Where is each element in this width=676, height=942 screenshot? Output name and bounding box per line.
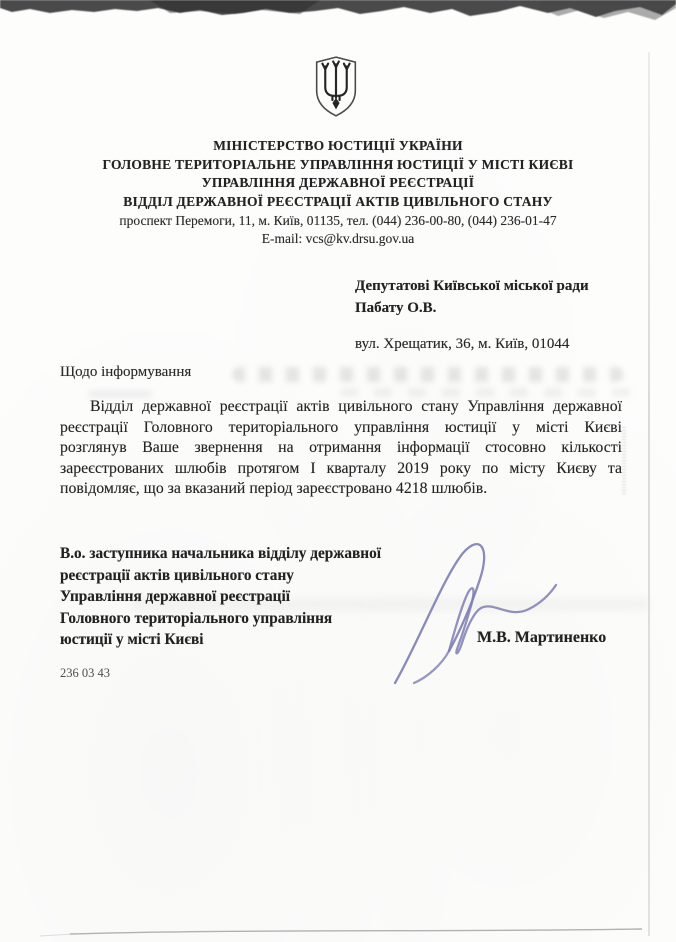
org-address-line: проспект Перемоги, 11, м. Київ, 01135, т…	[0, 212, 676, 230]
body-line: повідомляє, що за вказаний період зареєс…	[60, 479, 622, 500]
reference-number: 236 03 43	[60, 666, 110, 681]
body-line: Відділ державної реєстрації актів цивіль…	[60, 397, 622, 418]
recipient-block: Депутатові Київської міської ради Пабату…	[355, 276, 645, 354]
subject-line: Щодо інформування	[60, 364, 191, 381]
org-email-line: E-mail: vcs@kv.drsu.gov.ua	[0, 230, 676, 248]
recipient-title: Депутатові Київської міської ради	[355, 276, 645, 298]
recipient-name: Пабату О.В.	[355, 298, 645, 320]
ghost-text-smudge	[232, 367, 624, 382]
body-line: зареєстрованих шлюбів протягом І квартал…	[60, 459, 622, 480]
scan-artifact-bottom-edge	[0, 920, 676, 942]
ghost-text-smudge	[340, 388, 640, 397]
scan-artifact-top-edge	[0, 0, 676, 26]
org-name-line-4: ВІДДІЛ ДЕРЖАВНОЇ РЕЄСТРАЦІЇ АКТІВ ЦИВІЛЬ…	[0, 193, 676, 212]
letterhead: МІНІСТЕРСТВО ЮСТИЦІЇ УКРАЇНИ ГОЛОВНЕ ТЕР…	[0, 137, 676, 248]
body-line: реєстрації Головного територіального упр…	[60, 418, 622, 439]
scan-artifact-fold-line	[648, 52, 650, 936]
body-paragraph: Відділ державної реєстрації актів цивіль…	[60, 397, 622, 500]
handwritten-signature-icon	[383, 533, 567, 685]
org-name-line-2: ГОЛОВНЕ ТЕРИТОРІАЛЬНЕ УПРАВЛІННЯ ЮСТИЦІЇ…	[0, 156, 676, 175]
body-line: розглянув Ваше звернення на отримання ін…	[60, 438, 622, 459]
ukraine-trident-emblem-icon	[313, 55, 359, 118]
org-name-line-3: УПРАВЛІННЯ ДЕРЖАВНОЇ РЕЄСТРАЦІЇ	[0, 174, 676, 193]
scan-artifact-micro-text	[622, 427, 626, 495]
recipient-address: вул. Хрещатик, 36, м. Київ, 01044	[355, 334, 645, 354]
org-name-line-1: МІНІСТЕРСТВО ЮСТИЦІЇ УКРАЇНИ	[0, 137, 676, 156]
scanned-letter-page: МІНІСТЕРСТВО ЮСТИЦІЇ УКРАЇНИ ГОЛОВНЕ ТЕР…	[0, 0, 676, 942]
signer-name: М.В. Мартиненко	[477, 629, 606, 647]
